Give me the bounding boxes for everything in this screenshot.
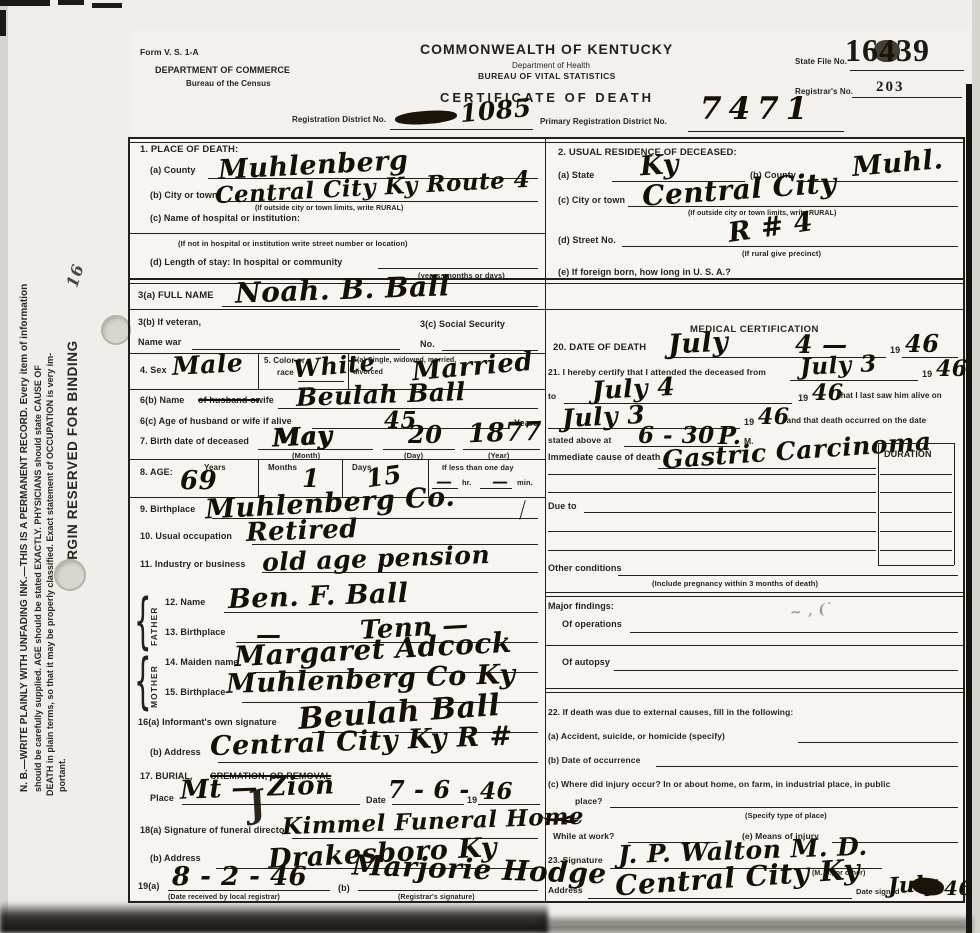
rule [630, 632, 958, 633]
registrar-no-value: 203 [876, 80, 905, 95]
street-note: (If rural give precinct) [742, 250, 821, 258]
age-less-label: If less than one day [442, 464, 514, 472]
external-causes-title: 22. If death was due to external causes,… [548, 708, 793, 717]
rule [128, 233, 545, 234]
rule [622, 246, 958, 247]
rule [852, 97, 962, 98]
dept-commerce: DEPARTMENT OF COMMERCE [155, 66, 290, 76]
hospital-note: (If not in hospital or institution write… [178, 240, 408, 248]
bureau-vital: BUREAU OF VITAL STATISTICS [478, 72, 616, 81]
rule [545, 596, 965, 597]
rule [880, 474, 952, 475]
full-name-value: Noah. B. Ball [235, 272, 451, 307]
rule [618, 575, 958, 576]
duration-box-top [878, 443, 954, 444]
length-of-stay-label: (d) Length of stay: In hospital or commu… [150, 258, 342, 268]
rule [548, 531, 876, 532]
margin-note-line4: portant. [58, 759, 67, 793]
birth-day-value: 20 [408, 423, 442, 447]
scan-edge-mark [0, 0, 50, 6]
birth-date-label: 7. Birth date of deceased [140, 437, 249, 447]
rule [383, 449, 455, 450]
birthplace-label: 9. Birthplace [140, 505, 195, 515]
scan-bottom-shadow [540, 918, 972, 932]
birth-year-value: 1877 [468, 419, 543, 448]
cause-of-death-label: Immediate cause of death [548, 453, 660, 463]
color-label-2: race [277, 369, 294, 378]
state-value: Ky [639, 151, 680, 181]
res-city-label: (c) City or town [558, 196, 625, 206]
father-birthplace-label: 13. Birthplace [165, 628, 225, 638]
duration-box-left [878, 443, 879, 565]
duration-box-right [954, 443, 955, 565]
other-conditions-note: (Include pregnancy within 3 months of de… [652, 580, 818, 588]
other-conditions-label: Other conditions [548, 564, 622, 574]
primary-district-value: 7471 [700, 94, 814, 125]
informant-sig-label: 16(a) Informant's own signature [138, 718, 277, 728]
ssn-label: 3(c) Social Security [420, 320, 505, 330]
dept-health: Department of Health [512, 62, 590, 71]
veteran-label: 3(b) If veteran, [138, 318, 201, 328]
where-injury-label-2: place? [575, 797, 603, 806]
informant-addr-label: (b) Address [150, 748, 201, 758]
cell-divider [258, 353, 259, 389]
spouse-label-post: wife [256, 396, 274, 406]
form-border-right [963, 137, 965, 903]
occupation-label: 10. Usual occupation [140, 532, 232, 542]
accident-label: (a) Accident, suicide, or homicide (spec… [548, 732, 725, 741]
rule [545, 688, 965, 689]
last-alive-value: July 3 [561, 402, 645, 431]
spouse-age-label: 6(c) Age of husband or wife if alive [140, 417, 292, 427]
spouse-value: Beulah Ball [296, 379, 466, 410]
funeral-sig-label: 18(a) Signature of funeral director [140, 826, 288, 836]
form-border-top2 [128, 142, 965, 143]
bureau-census: Bureau of the Census [186, 80, 271, 89]
rule [880, 531, 952, 532]
state-label: (a) State [558, 171, 594, 181]
of-operations-label: Of operations [562, 620, 622, 630]
certify-line2: that I last saw him alive on [838, 392, 942, 401]
res-county-value: Muhl. [851, 146, 944, 181]
scan-bottom-shadow [0, 902, 548, 933]
scan-right-edge [966, 84, 972, 933]
specify-place-note: (Specify type of place) [745, 812, 827, 820]
reg-district-label: Registration District No. [292, 116, 386, 125]
scan-edge-mark [92, 3, 122, 8]
state-file-label: State File No. [795, 58, 847, 67]
while-at-work-label: While at work? [553, 832, 614, 841]
rule [545, 692, 965, 693]
veteran-war-label: Name war [138, 338, 181, 348]
full-name-label: 3(a) FULL NAME [138, 291, 214, 301]
rule [480, 488, 512, 489]
county-label: (a) County [150, 166, 196, 176]
industry-value: old age pension [262, 542, 491, 575]
form-border-top [128, 137, 965, 139]
stated-above-label: stated above at [548, 436, 611, 445]
hole-punch [54, 559, 86, 591]
father-name-label: 12. Name [165, 598, 205, 608]
death-month-value: July [667, 328, 729, 358]
ssn-no-label: No. [420, 340, 435, 350]
mother-maiden-label: 14. Maiden name [165, 658, 239, 668]
age-months-value: 1 [302, 466, 320, 491]
rule [610, 807, 958, 808]
rule [548, 492, 876, 493]
duration-box-bottom [878, 565, 954, 566]
father-brace: { [134, 590, 152, 651]
city-note: (If outside city or town limits, write R… [255, 205, 403, 213]
burial-date-value: 7 - 6 - [388, 778, 470, 802]
sex-value: Male [171, 350, 243, 379]
form-number: Form V. S. 1-A [140, 48, 199, 57]
primary-district-label: Primary Registration District No. [540, 118, 667, 127]
birth-month-value: May [271, 422, 332, 450]
major-findings-label: Major findings: [548, 602, 614, 612]
marital-label-2: divorced [353, 369, 383, 377]
rule [880, 512, 952, 513]
rule [880, 550, 952, 551]
foreign-born-label: (e) If foreign born, how long in U. S. A… [558, 268, 731, 278]
date-of-death-label: 20. DATE OF DEATH [553, 343, 646, 353]
margin-note-line1: N. B.—WRITE PLAINLY WITH UNFADING INK.—T… [20, 284, 30, 792]
attended-from-value: July 3 [799, 352, 877, 379]
rule [688, 131, 844, 132]
rule [463, 449, 540, 450]
hole-punch [101, 315, 131, 345]
rule [548, 550, 876, 551]
burial-date-label: Date [366, 796, 386, 806]
date-signed-year: 46 [944, 878, 973, 898]
burial-year-printed: 19 [467, 796, 477, 806]
physician-sig-label: 23. Signature [548, 856, 603, 865]
rule [358, 890, 538, 891]
rule [390, 129, 533, 130]
column-divider [545, 139, 546, 903]
mother-brace: { [134, 650, 152, 711]
occupation-value: Retired [246, 516, 359, 546]
of-autopsy-label: Of autopsy [562, 658, 610, 668]
duration-label: DURATION [884, 450, 932, 460]
printed-19: 19 [922, 370, 932, 380]
received-label: 19(a) [138, 882, 160, 892]
age-years-value: 69 [180, 468, 217, 494]
street-label: (d) Street No. [558, 236, 616, 246]
registrar-sig-label: (b) [338, 884, 350, 894]
death-certificate-scan: N. B.—WRITE PLAINLY WITH UNFADING INK.—T… [0, 0, 980, 933]
rule [548, 474, 876, 475]
printed-19: 19 [744, 418, 754, 428]
reg-district-value: 1085 [459, 95, 533, 126]
hospital-label: (c) Name of hospital or institution: [150, 214, 300, 224]
spouse-label-pre: 6(b) Name [140, 396, 184, 406]
city-label: (b) City or town [150, 191, 218, 201]
rule [218, 762, 538, 763]
rule [798, 742, 958, 743]
rule [614, 670, 958, 671]
rule [656, 766, 958, 767]
color-value: White [292, 350, 376, 381]
ink-blot [874, 40, 900, 62]
scan-edge-mark [58, 0, 84, 5]
commonwealth-title: COMMONWEALTH OF KENTUCKY [420, 42, 673, 57]
rule [128, 309, 965, 310]
date-occurrence-label: (b) Date of occurrence [548, 756, 640, 765]
printed-19: 19 [890, 346, 900, 356]
rule [545, 645, 965, 646]
received-note: (Date received by local registrar) [168, 894, 280, 902]
burial-place-label: Place [150, 794, 174, 804]
margin-binding-label: MARGIN RESERVED FOR BINDING [66, 340, 80, 582]
age-months-label: Months [268, 464, 297, 473]
rule [584, 512, 876, 513]
burial-year-value: 46 [480, 780, 513, 803]
mother-birthplace-label: 15. Birthplace [165, 688, 225, 698]
rule [545, 592, 965, 593]
margin-note-line2: should be carefully supplied. AGE should… [34, 365, 43, 792]
due-to-label: Due to [548, 502, 577, 512]
father-name-value: Ben. F. Ball [228, 580, 409, 613]
printed-19: 19 [798, 394, 808, 404]
rule [392, 804, 464, 805]
physician-addr-label: Address [548, 886, 583, 895]
death-year-value: 46 [905, 332, 939, 356]
sex-label: 4. Sex [140, 366, 167, 376]
spouse-label-struck: of husband or [198, 396, 259, 406]
rule [850, 70, 964, 71]
form-border-left [128, 137, 130, 903]
rule [880, 492, 952, 493]
age-min-label: min. [517, 479, 533, 487]
rule [128, 459, 545, 460]
received-date-value: 8 - 2 - 46 [172, 864, 307, 890]
attended-to-value: July 4 [591, 374, 675, 403]
rule [378, 268, 538, 269]
to-label: to [548, 392, 556, 401]
certify-line3: , and that death occurred on the date [782, 417, 926, 426]
attended-from-year: 46 [936, 358, 968, 380]
industry-label: 11. Industry or business [140, 560, 245, 570]
where-injury-label-1: (c) Where did injury occur? In or about … [548, 780, 890, 789]
scan-edge-mark [0, 10, 6, 36]
age-label: 8. AGE: [140, 468, 173, 478]
age-hr-label: hr. [462, 479, 471, 487]
rule [792, 278, 950, 279]
registrar-sig-note: (Registrar's signature) [398, 894, 475, 902]
